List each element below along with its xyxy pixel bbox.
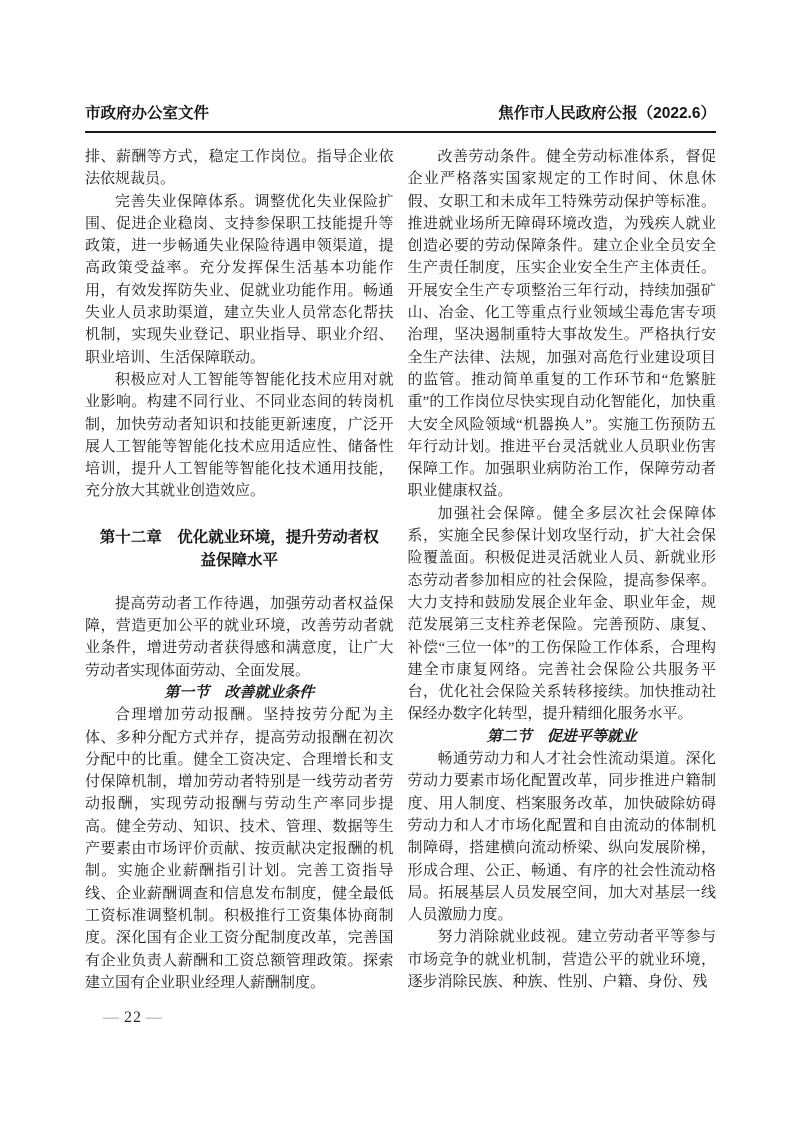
paragraph: 合理增加劳动报酬。坚持按劳分配为主体、多种分配方式并存，提高劳动报酬在初次分配中… xyxy=(85,704,394,994)
header-rule xyxy=(85,131,716,133)
paragraph: 畅通劳动力和人才社会性流动渠道。深化劳动力要素市场化配置改革，同步推进户籍制度、… xyxy=(408,748,717,926)
paragraph: 积极应对人工智能等智能化技术应用对就业影响。构建不同行业、不同业态间的转岗机制，… xyxy=(85,369,394,503)
page-number: 22 xyxy=(124,1009,142,1026)
page-footer: —22— xyxy=(99,1007,167,1029)
paragraph: 改善劳动条件。健全劳动标准体系，督促企业严格落实国家规定的工作时间、休息休假、女… xyxy=(408,146,717,503)
paragraph: 努力消除就业歧视。建立劳动者平等参与市场竞争的就业机制，营造公平的就业环境，逐步… xyxy=(408,926,717,993)
page-header: 市政府办公室文件 焦作市人民政府公报（2022.6） xyxy=(85,104,716,124)
page-number-dash-left: — xyxy=(99,1009,124,1026)
page-number-dash-right: — xyxy=(142,1009,167,1026)
left-column: 排、薪酬等方式，稳定工作岗位。指导企业依法依规裁员。 完善失业保障体系。调整优化… xyxy=(85,146,394,994)
paragraph: 提高劳动者工作待遇，加强劳动者权益保障，营造更加公平的就业环境，改善劳动者就业条… xyxy=(85,593,394,682)
right-column: 改善劳动条件。健全劳动标准体系，督促企业严格落实国家规定的工作时间、休息休假、女… xyxy=(408,146,717,994)
paragraph: 加强社会保障。健全多层次社会保障体系，实施全民参保计划攻坚行动，扩大社会保险覆盖… xyxy=(408,503,717,726)
header-left-title: 市政府办公室文件 xyxy=(85,104,209,124)
gazette-page: 市政府办公室文件 焦作市人民政府公报（2022.6） 排、薪酬等方式，稳定工作岗… xyxy=(0,0,793,1122)
chapter-heading: 第十二章 优化就业环境，提升劳动者权益保障水平 xyxy=(85,526,394,572)
header-right-title: 焦作市人民政府公报（2022.6） xyxy=(498,104,716,124)
document-body: 排、薪酬等方式，稳定工作岗位。指导企业依法依规裁员。 完善失业保障体系。调整优化… xyxy=(85,146,716,994)
section-heading-2: 第二节 促进平等就业 xyxy=(408,726,717,748)
section-heading-1: 第一节 改善就业条件 xyxy=(85,682,394,704)
page-content: 市政府办公室文件 焦作市人民政府公报（2022.6） 排、薪酬等方式，稳定工作岗… xyxy=(85,104,716,994)
paragraph-continuation: 排、薪酬等方式，稳定工作岗位。指导企业依法依规裁员。 xyxy=(85,146,394,191)
paragraph: 完善失业保障体系。调整优化失业保险扩围、促进企业稳岗、支持参保职工技能提升等政策… xyxy=(85,191,394,369)
